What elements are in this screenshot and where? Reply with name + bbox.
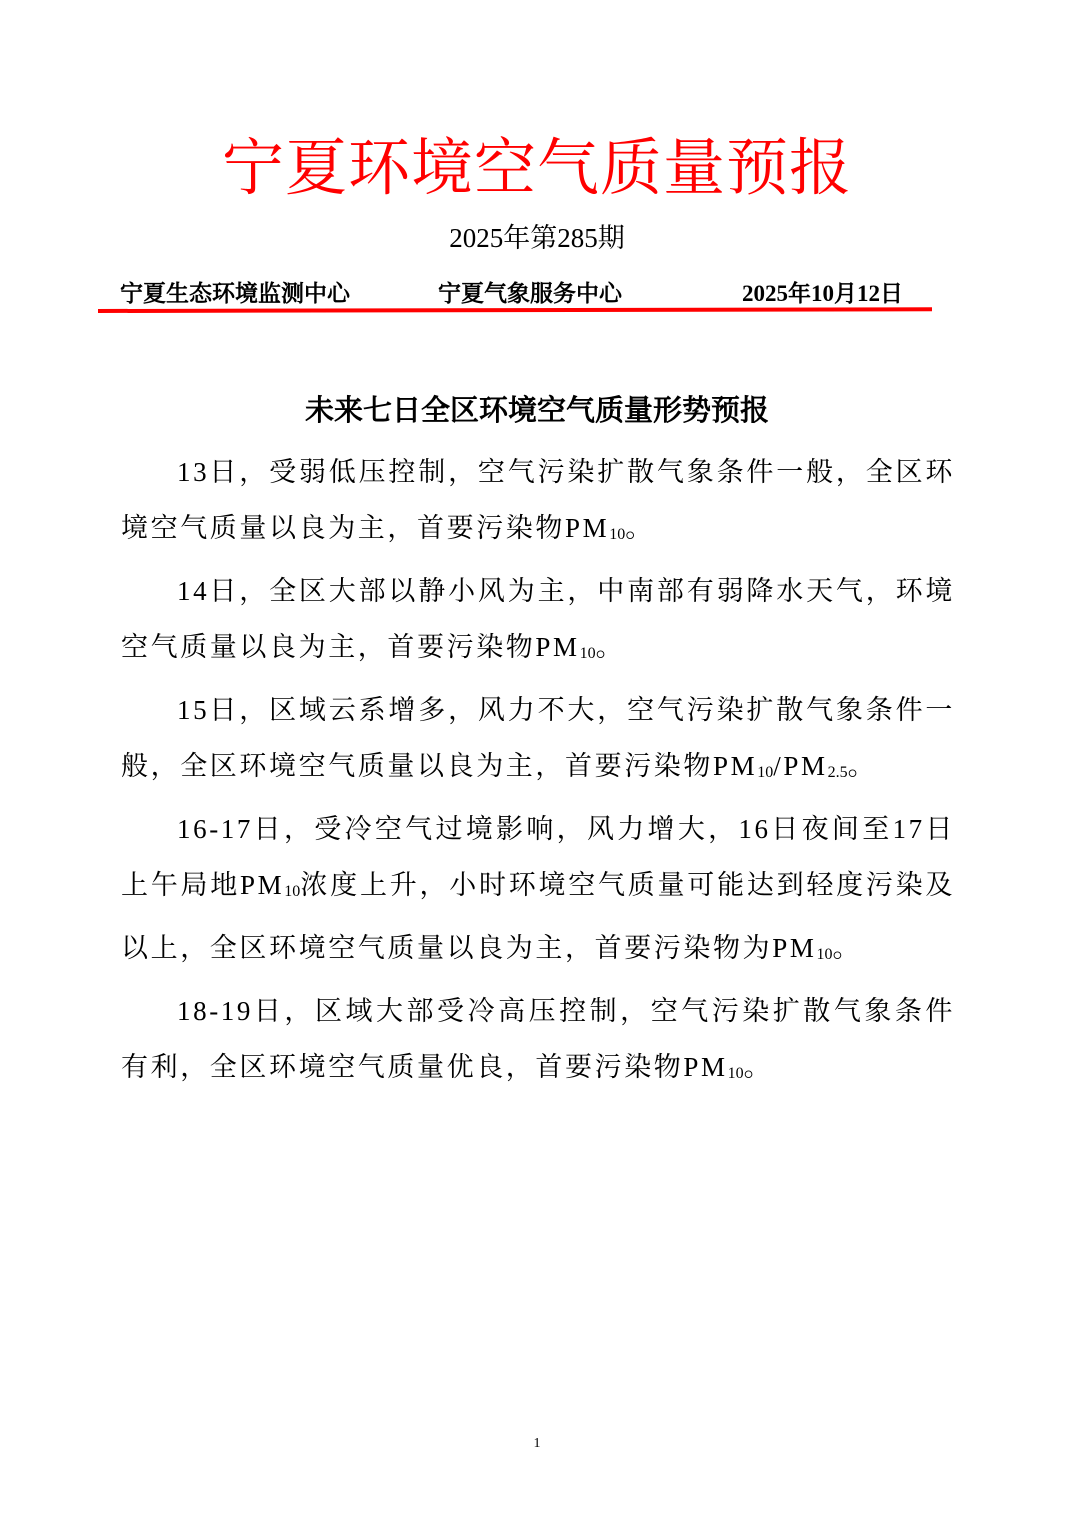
forecast-paragraph-16-17: 16-17日，受冷空气过境影响，风力增大，16日夜间至17日上午局地PM10浓度… [121,801,955,983]
forecast-paragraph-13: 13日，受弱低压控制，空气污染扩散气象条件一般，全区环境空气质量以良为主，首要污… [121,444,955,563]
paragraph-text: 。 [625,513,655,543]
forecast-body: 13日，受弱低压控制，空气污染扩散气象条件一般，全区环境空气质量以良为主，首要污… [121,444,955,1102]
issuer-monitoring-center: 宁夏生态环境监测中心 [120,277,350,311]
forecast-paragraph-14: 14日，全区大部以静小风为主，中南部有弱降水天气，环境空气质量以良为主，首要污染… [121,563,955,682]
red-divider-line [98,307,932,313]
section-title: 未来七日全区环境空气质量形势预报 [0,388,1074,432]
document-page: 宁夏环境空气质量预报 2025年第285期 宁夏生态环境监测中心 宁夏气象服务中… [0,0,1074,1520]
subscript: 2.5 [828,764,848,781]
paragraph-text: 14日，全区大部以静小风为主，中南部有弱降水天气，环境空气质量以良为主，首要污染… [121,576,955,662]
paragraph-text: /PM [773,751,827,781]
issue-date: 2025年10月12日 [742,277,903,311]
issuer-meteorological-center: 宁夏气象服务中心 [438,277,622,311]
paragraph-text: 。 [848,751,878,781]
paragraph-text: 。 [744,1052,774,1082]
subscript: 10 [580,645,596,662]
forecast-paragraph-15: 15日，区域云系增多，风力不大，空气污染扩散气象条件一般，全区环境空气质量以良为… [121,682,955,801]
subscript: 10 [757,764,773,781]
subscript: 10 [609,526,625,543]
masthead-title: 宁夏环境空气质量预报 [0,128,1074,208]
paragraph-text: 。 [596,632,626,662]
subscript: 10 [816,946,832,963]
issuer-row: 宁夏生态环境监测中心 宁夏气象服务中心 2025年10月12日 [120,277,950,311]
paragraph-text: 13日，受弱低压控制，空气污染扩散气象条件一般，全区环境空气质量以良为主，首要污… [121,457,955,543]
subscript: 10 [728,1065,744,1082]
forecast-paragraph-18-19: 18-19日，区域大部受冷高压控制，空气污染扩散气象条件有利，全区环境空气质量优… [121,983,955,1102]
paragraph-text: 18-19日，区域大部受冷高压控制，空气污染扩散气象条件有利，全区环境空气质量优… [121,996,955,1082]
issue-number: 2025年第285期 [0,220,1074,256]
page-number: 1 [0,1436,1074,1452]
paragraph-text: 。 [832,933,862,963]
subscript: 10 [284,883,300,900]
